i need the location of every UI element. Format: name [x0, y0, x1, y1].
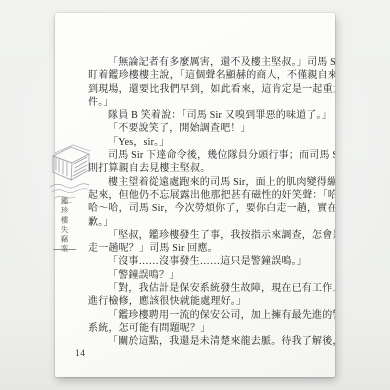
- text-line: 「鑑珍樓聘用一流的保安公司，加上擁有最先進的警報: [88, 309, 335, 322]
- text-line: 到現場，還要比我們早到，如此看來，這肯定是一起重大案: [88, 83, 335, 96]
- text-line: 「Yes，sir。」: [88, 136, 335, 149]
- text-line: 走一趟呢？」司馬 Sir 回應。: [88, 242, 335, 255]
- text-line: 起來，但他仍不忘展露出他那把甚有磁性的奸笑聲：「哈～: [88, 189, 335, 202]
- text-line: 「堅叔，鑑珍樓發生了事，我按指示來調查，怎會是白: [88, 229, 335, 242]
- text-line: 系統，怎可能有問題呢？」: [88, 322, 335, 335]
- text-line: 隊員 B 笑着說：「司馬 Sir 又嗅到罪惡的味道了。」: [88, 109, 335, 122]
- text-line: 盯着鑑珍樓樓主說，「這個聲名顯赫的商人，不僅親自來: [88, 69, 335, 82]
- text-line: 哈～哈，司馬 Sir，今次勞煩你了，要你白走一趟，實在抱: [88, 202, 335, 215]
- book-page: 鑑珍樓失竊案 「無論記者有多麼厲害，還不及樓主堅叔。」司馬 Sir盯着鑑珍樓樓主…: [55, 13, 335, 377]
- text-line: 進行檢修，應該很快就能處理好。」: [88, 295, 335, 308]
- text-line: 「無論記者有多麼厲害，還不及樓主堅叔。」司馬 Sir: [88, 56, 335, 69]
- text-line: 司馬 Sir 下達命令後，幾位隊員分頭行事；而司馬 Sir: [88, 149, 335, 162]
- body-text: 「無論記者有多麼厲害，還不及樓主堅叔。」司馬 Sir盯着鑑珍樓樓主說，「這個聲名…: [88, 56, 335, 349]
- text-line: 歉。」: [88, 216, 335, 229]
- running-title-divider: [53, 249, 76, 250]
- text-line: 「對，我估計是保安系統發生故障，現在已有工作人員: [88, 282, 335, 295]
- text-line: 件。」: [88, 96, 335, 109]
- running-title-vertical: 鑑珍樓失竊案: [59, 197, 70, 255]
- text-line: 「警鐘誤鳴？」: [88, 269, 335, 282]
- text-line: 「不要說笑了，開始調查吧！」: [88, 122, 335, 135]
- text-line: 樓主望着從遠處跑來的司馬 Sir，面上的肌肉變得繃緊: [88, 176, 335, 189]
- text-line: 則打算親自去見樓主堅叔。: [88, 162, 335, 175]
- text-line: 「關於這點，我還是未清楚來龍去脈。待我了解後，再: [88, 335, 335, 348]
- page-number: 14: [75, 349, 86, 359]
- photo-background: 鑑珍樓失竊案 「無論記者有多麼厲害，還不及樓主堅叔。」司馬 Sir盯着鑑珍樓樓主…: [0, 0, 390, 390]
- text-line: 「沒事……沒事發生……這只是警鐘誤鳴。」: [88, 255, 335, 268]
